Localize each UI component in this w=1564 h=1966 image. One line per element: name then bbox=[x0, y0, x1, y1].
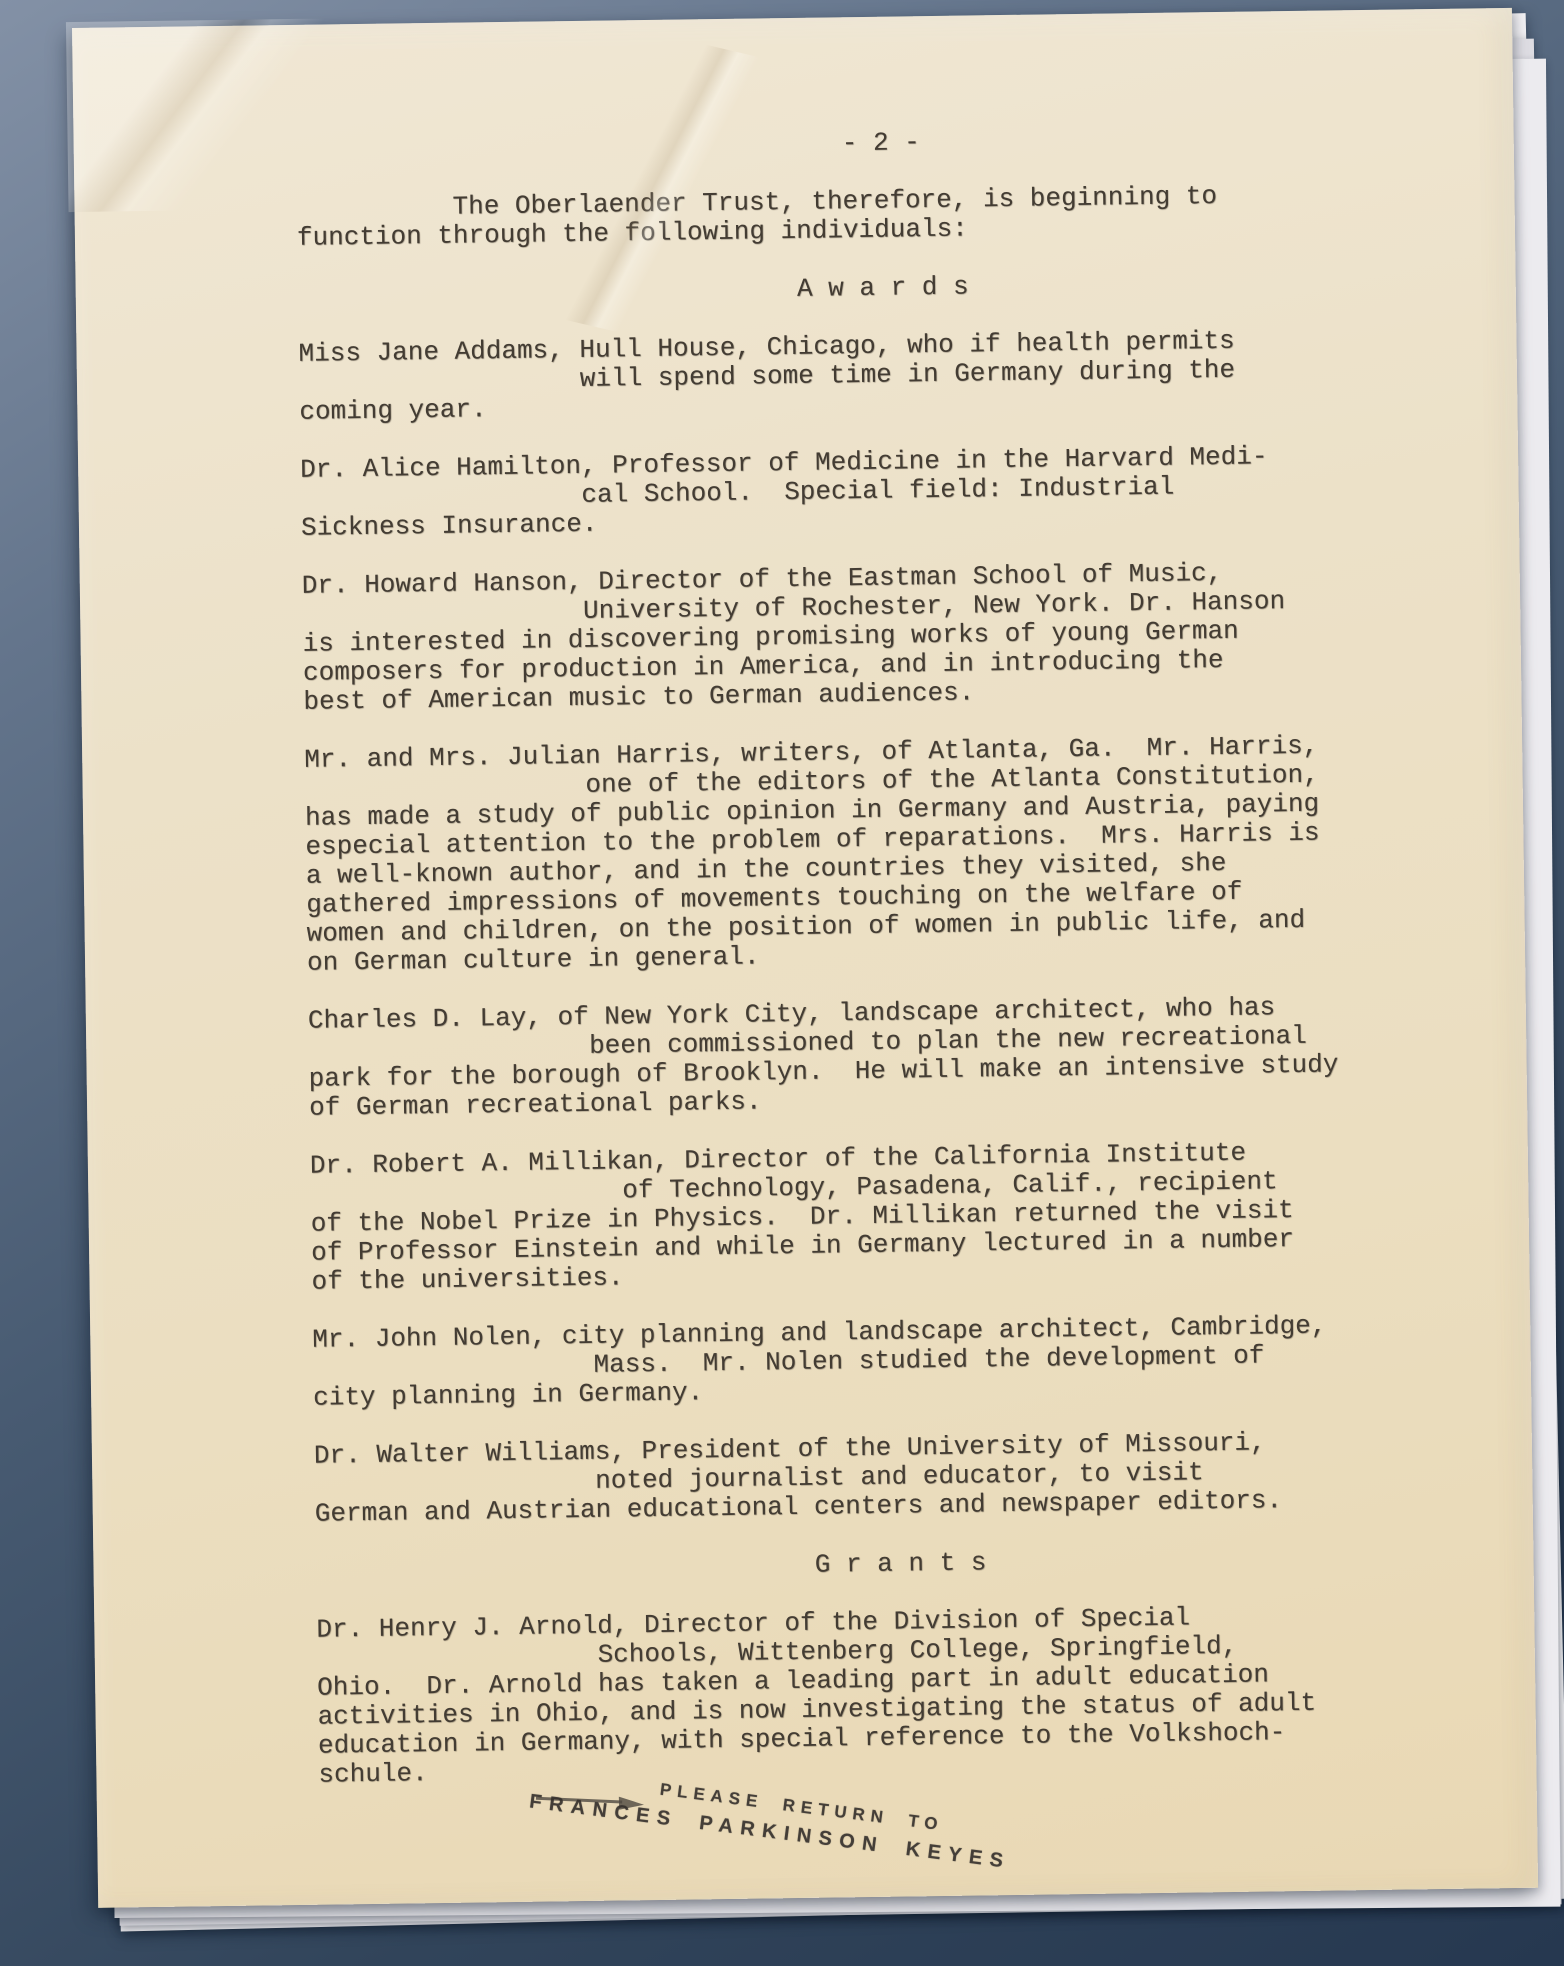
typewritten-text: - 2 - The Oberlaender Trust, therefore, … bbox=[72, 8, 1537, 1793]
document-page: - 2 - The Oberlaender Trust, therefore, … bbox=[72, 8, 1538, 1908]
desk-surface: - 2 - The Oberlaender Trust, therefore, … bbox=[0, 0, 1564, 1966]
return-stamp: PLEASE RETURN TO FRANCES PARKINSON KEYES bbox=[528, 1764, 1169, 1894]
